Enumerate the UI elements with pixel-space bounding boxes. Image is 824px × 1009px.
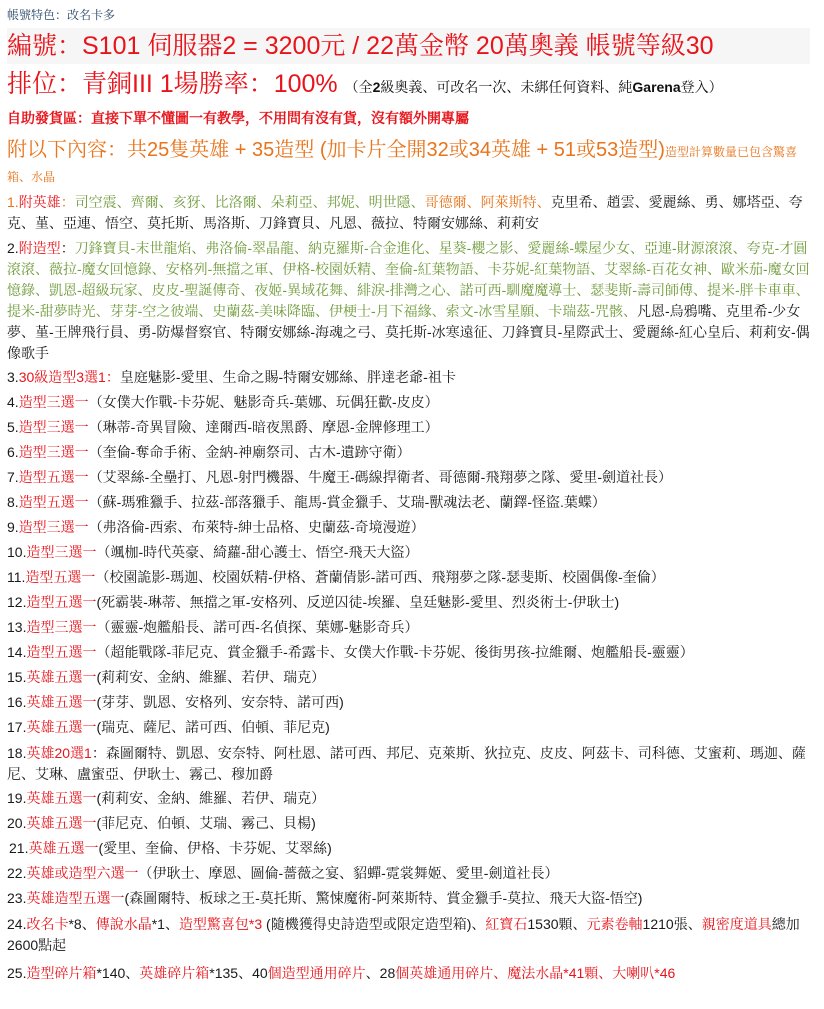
list-item-7: 7.造型五選一（艾翠絲-全壘打、凡恩-射門機器、牛魔王-碼線捍衛者、哥德爾-飛翔… xyxy=(7,465,816,489)
item-number: 21. xyxy=(9,840,28,856)
item-label: 英雄五選一 xyxy=(26,719,96,735)
item-number: 1. xyxy=(7,194,19,210)
item-number: 16. xyxy=(7,694,26,710)
list-item-15: 15.英雄五選一(莉莉安、金納、維羅、若伊、瑞克） xyxy=(7,665,816,689)
item-number: 8. xyxy=(7,494,19,510)
item-body: （靈靈-炮艦船長、諾可西-名偵探、葉娜-魅影奇兵） xyxy=(96,619,418,635)
list-item-5: 5.造型三選一（琳蒂-奇異冒險、達爾西-暗夜黑爵、摩恩-金牌修理工） xyxy=(7,415,816,439)
item-number: 18. xyxy=(7,745,26,761)
item-number: 17. xyxy=(7,719,26,735)
list-item-3: 3.30級造型3選1：皇庭魅影-愛里、生命之賜-特爾安娜絲、胖達老爺-祖卡 xyxy=(7,365,816,389)
list-item-17: 17.英雄五選一(瑞克、薩尼、諾可西、伯頓、菲尼克) xyxy=(7,715,816,739)
item-number: 3. xyxy=(7,369,19,385)
item-body: (芽芽、凱恩、安格列、安奈特、諾可西) xyxy=(96,694,343,710)
listing-document: 帳號特色：改名卡多 編號：S101 伺服器2 = 3200元 / 22萬金幣 2… xyxy=(0,0,824,984)
item-label: 造型五選一 xyxy=(26,594,96,610)
item-number: 22. xyxy=(7,865,26,881)
hero-shard-box-label: 英雄碎片箱 xyxy=(139,965,209,981)
item-body: （颯枷-時代英豪、綺蘿-甜心護士、悟空-飛天大盜） xyxy=(96,544,418,560)
list-item-25: 25.造型碎片箱*140、英雄碎片箱*135、40個造型通用碎片、28個英雄通用… xyxy=(7,963,816,984)
item-number: 14. xyxy=(7,644,26,660)
item-label: 造型三選一 xyxy=(19,419,89,435)
list-item-24: 24.改名卡*8、傳說水晶*1、造型驚喜包*3 (隨機獲得史詩造型或限定造型箱)… xyxy=(7,914,816,956)
item-number: 12. xyxy=(7,594,26,610)
item-body: (菲尼克、伯頓、艾瑞、霧己、貝楊) xyxy=(96,815,315,831)
list-item-1: 1.附英雄：司空震、齊爾、亥犽、比洛爾、朵莉亞、邦妮、明世隱、哥德爾、阿萊斯特、… xyxy=(7,192,816,234)
item-label: 造型五選一 xyxy=(19,494,89,510)
list-item-10: 10.造型三選一（颯枷-時代英豪、綺蘿-甜心護士、悟空-飛天大盜） xyxy=(7,540,816,564)
contents-note-cont: 箱、水晶 xyxy=(7,166,816,188)
rank-main: 排位：青銅III 1場勝率：100% xyxy=(7,70,338,98)
item-number: 24. xyxy=(7,916,26,932)
item-number: 25. xyxy=(7,965,26,981)
item-label: 造型三選一 xyxy=(19,444,89,460)
item-body: （琳蒂-奇異冒險、達爾西-暗夜黑爵、摩恩-金牌修理工） xyxy=(89,419,439,435)
item-label: 造型三選一 xyxy=(26,619,96,635)
item-label: 造型三選一 xyxy=(26,544,96,560)
skin-universal-shard-sep: 、28 xyxy=(366,965,396,981)
item-number: 6. xyxy=(7,444,19,460)
list-item-9: 9.造型三選一（弗洛倫-西索、布萊特-紳士品格、史蘭茲-奇境漫遊） xyxy=(7,515,816,539)
item-label: 英雄五選一 xyxy=(26,694,96,710)
ruby-count: 1530顆、 xyxy=(527,916,586,932)
item-body: （奎倫-奪命手術、金納-神廟祭司、古木-遺跡守衛） xyxy=(89,444,411,460)
list-item-19: 19.英雄五選一(莉莉安、金納、維羅、若伊、瑞克） xyxy=(7,786,816,810)
hero-shard-box-count: *135、40 xyxy=(209,965,267,981)
item-label: 英雄或造型六選一 xyxy=(26,865,138,881)
ruby-label: 紅寶石 xyxy=(485,916,527,932)
list-item-8: 8.造型五選一（蘇-瑪雅獵手、拉茲-部落獵手、龍馬-賞金獵手、艾瑞-獸魂法老、蘭… xyxy=(7,490,816,514)
item-colon: ： xyxy=(92,745,106,761)
rank-line: 排位：青銅III 1場勝率：100% （全2級奧義、可改名一次、未綁任何資料、純… xyxy=(7,64,816,104)
item-body: (死霸裝-琳蒂、無擋之軍-安格列、反逆囚徒-埃羅、皇廷魅影-愛里、烈炎術士-伊耿… xyxy=(96,594,619,610)
item-number: 19. xyxy=(7,790,26,806)
list-item-6: 6.造型三選一（奎倫-奪命手術、金納-神廟祭司、古木-遺跡守衛） xyxy=(7,440,816,464)
item-body: 皇庭魅影-愛里、生命之賜-特爾安娜絲、胖達老爺-祖卡 xyxy=(120,369,456,385)
rank-note-suffix: 登入） xyxy=(681,79,723,95)
item-label: 造型五選一 xyxy=(19,469,89,485)
item-number: 4. xyxy=(7,394,19,410)
contents-note: 造型計算數量已包含驚喜 xyxy=(665,145,797,159)
item-body: (愛里、奎倫、伊格、卡芬妮、艾翠絲) xyxy=(98,840,331,856)
item-colon: ： xyxy=(61,240,75,256)
item-label: 英雄五選一 xyxy=(28,840,98,856)
item-body: (莉莉安、金納、維羅、若伊、瑞克） xyxy=(96,669,325,685)
list-item-13: 13.造型三選一（靈靈-炮艦船長、諾可西-名偵探、葉娜-魅影奇兵） xyxy=(7,615,816,639)
skin-universal-shard-label: 個造型通用碎片 xyxy=(268,965,366,981)
item-number: 15. xyxy=(7,669,26,685)
item-number: 13. xyxy=(7,619,26,635)
item-label: 英雄五選一 xyxy=(26,790,96,806)
item-body: （女僕大作戰-卡芬妮、魅影奇兵-葉娜、玩偶狂歡-皮皮） xyxy=(89,394,439,410)
item-number: 10. xyxy=(7,544,26,560)
item-heroes-orange: 哥德爾、阿萊斯特、 xyxy=(425,194,551,210)
rank-note-prefix: （全 xyxy=(345,79,373,95)
item-label: 英雄20選1 xyxy=(26,745,91,761)
item-body: (瑞克、薩尼、諾可西、伯頓、菲尼克) xyxy=(96,719,329,735)
contents-summary: 附以下內容：共25隻英雄 + 35造型 (加卡片全開32或34英雄 + 51或5… xyxy=(7,136,816,188)
item-body: （蘇-瑪雅獵手、拉茲-部落獵手、龍馬-賞金獵手、艾瑞-獸魂法老、蘭鐸-怪盜.葉蝶… xyxy=(89,494,606,510)
rank-note: （全2級奧義、可改名一次、未綁任何資料、純Garena登入） xyxy=(345,79,723,95)
item-label: 造型五選一 xyxy=(26,644,96,660)
item-label: 英雄造型五選一 xyxy=(26,890,124,906)
listing-title: 編號：S101 伺服器2 = 3200元 / 22萬金幣 20萬奧義 帳號等級3… xyxy=(7,28,810,64)
item-body: （弗洛倫-西索、布萊特-紳士品格、史蘭茲-奇境漫遊） xyxy=(89,519,425,535)
rename-card-label: 改名卡 xyxy=(26,916,68,932)
legend-crystal-count: *1、 xyxy=(152,916,179,932)
item-colon: ： xyxy=(106,369,120,385)
skin-surprise-pack-note: (隨機獲得史詩造型或限定造型箱)、 xyxy=(262,916,485,932)
item-label: 附英雄 xyxy=(19,194,61,210)
list-item-21: 21.英雄五選一(愛里、奎倫、伊格、卡芬妮、艾翠絲) xyxy=(7,836,816,860)
item-label: 造型三選一 xyxy=(19,394,89,410)
item-body: （艾翠絲-全壘打、凡恩-射門機器、牛魔王-碼線捍衛者、哥德爾-飛翔夢之隊、愛里-… xyxy=(89,469,672,485)
item-body: (森圖爾特、板球之王-莫托斯、驚悚魔術-阿萊斯特、賞金獵手-莫拉、飛天大盜-悟空… xyxy=(124,890,642,906)
rank-note-bold2: Garena xyxy=(632,79,680,95)
item-number: 7. xyxy=(7,469,19,485)
item-number: 11. xyxy=(7,569,25,585)
item-body: (莉莉安、金納、維羅、若伊、瑞克） xyxy=(96,790,325,806)
item-number: 5. xyxy=(7,419,19,435)
list-item-14: 14.造型五選一（超能戰隊-菲尼克、賞金獵手-希露卡、女僕大作戰-卡芬妮、後街男… xyxy=(7,640,816,664)
legend-crystal-label: 傳說水晶 xyxy=(96,916,152,932)
list-item-18: 18.英雄20選1：森圖爾特、凱恩、安奈特、阿杜恩、諾可西、邦尼、克萊斯、狄拉克… xyxy=(7,743,816,785)
item-colon: ： xyxy=(61,194,75,210)
list-item-12: 12.造型五選一(死霸裝-琳蒂、無擋之軍-安格列、反逆囚徒-埃羅、皇廷魅影-愛里… xyxy=(7,590,816,614)
skin-surprise-pack-label: 造型驚喜包*3 xyxy=(179,916,262,932)
contents-main: 附以下內容：共25隻英雄 + 35造型 (加卡片全開32或34英雄 + 51或5… xyxy=(7,139,665,161)
item-label: 造型五選一 xyxy=(25,569,95,585)
item-number: 9. xyxy=(7,519,19,535)
skin-shard-box-count: *140、 xyxy=(96,965,139,981)
self-serve-notice: 自助發貨區：直接下單不懂圖一有教學，不用問有沒有貨，沒有額外開專屬 xyxy=(7,104,816,132)
hero-universal-shard-and-more: 個英雄通用碎片、魔法水晶*41顆、大喇叭*46 xyxy=(395,965,675,981)
list-item-11: 11.造型五選一（校園詭影-瑪迦、校園妖精-伊格、蒼蘭倩影-諾可西、飛翔夢之隊-… xyxy=(7,565,816,589)
intimacy-item-label: 親密度道具 xyxy=(702,916,772,932)
item-label: 造型三選一 xyxy=(19,519,89,535)
item-number: 2. xyxy=(7,240,19,256)
item-body: （伊耿士、摩恩、圖倫-薔薇之宴、貂蟬-霓裳舞姬、愛里-劍道社長） xyxy=(138,865,558,881)
item-body: （校園詭影-瑪迦、校園妖精-伊格、蒼蘭倩影-諾可西、飛翔夢之隊-瑟斐斯、校園偶像… xyxy=(95,569,664,585)
item-label: 英雄五選一 xyxy=(26,815,96,831)
item-number: 20. xyxy=(7,815,26,831)
item-number: 23. xyxy=(7,890,26,906)
list-item-23: 23.英雄造型五選一(森圖爾特、板球之王-莫托斯、驚悚魔術-阿萊斯特、賞金獵手-… xyxy=(7,886,816,910)
item-label: 30級造型3選1 xyxy=(19,369,106,385)
element-scroll-label: 元素卷軸 xyxy=(587,916,643,932)
rank-note-mid: 級奧義、可改名一次、未綁任何資料、純 xyxy=(380,79,632,95)
element-scroll-count: 1210張、 xyxy=(643,916,702,932)
item-heroes-green: 司空震、齊爾、亥犽、比洛爾、朵莉亞、邦妮、明世隱、 xyxy=(75,194,425,210)
list-item-16: 16.英雄五選一(芽芽、凱恩、安格列、安奈特、諾可西) xyxy=(7,690,816,714)
list-item-22: 22.英雄或造型六選一（伊耿士、摩恩、圖倫-薔薇之宴、貂蟬-霓裳舞姬、愛里-劍道… xyxy=(7,861,816,885)
list-item-4: 4.造型三選一（女僕大作戰-卡芬妮、魅影奇兵-葉娜、玩偶狂歡-皮皮） xyxy=(7,390,816,414)
account-feature-label: 帳號特色：改名卡多 xyxy=(7,4,816,26)
item-body: （超能戰隊-菲尼克、賞金獵手-希露卡、女僕大作戰-卡芬妮、後街男孩-拉維爾、炮艦… xyxy=(96,644,693,660)
skin-shard-box-label: 造型碎片箱 xyxy=(26,965,96,981)
item-body: 森圖爾特、凱恩、安奈特、阿杜恩、諾可西、邦尼、克萊斯、狄拉克、皮皮、阿茲卡、司科… xyxy=(7,745,806,782)
list-item-2: 2.附造型：刀鋒寶貝-末世龍焰、弗洛倫-翠晶龍、納克羅斯-合金進化、星葵-櫻之影… xyxy=(7,238,816,364)
item-label: 附造型 xyxy=(19,240,61,256)
item-label: 英雄五選一 xyxy=(26,669,96,685)
rename-card-count: *8、 xyxy=(68,916,95,932)
list-item-20: 20.英雄五選一(菲尼克、伯頓、艾瑞、霧己、貝楊) xyxy=(7,811,816,835)
